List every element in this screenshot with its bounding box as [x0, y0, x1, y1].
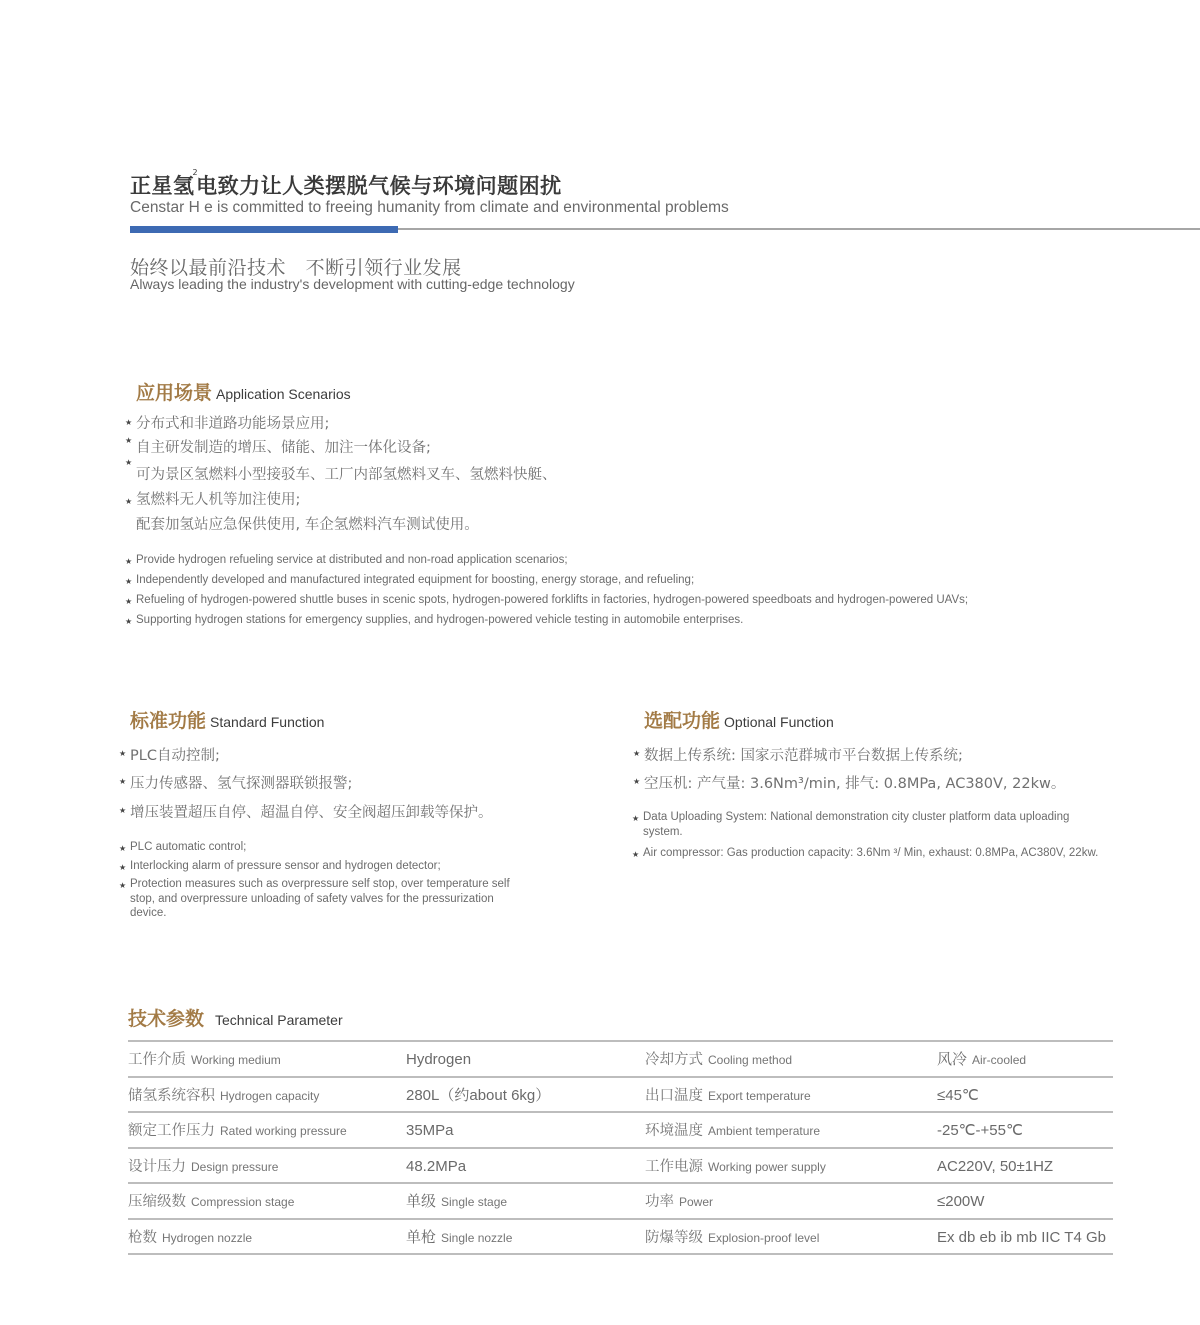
item-text: 可为景区氢燃料小型接驳车、工厂内部氢燃料叉车、氢燃料快艇、 — [136, 467, 557, 483]
list-item: ★Protection measures such as overpressur… — [119, 877, 519, 921]
param-l-en: Design pressure — [191, 1160, 278, 1174]
param-value-right: Ex db eb ib mb IIC T4 Gb — [937, 1219, 1113, 1255]
item-text: Supporting hydrogen stations for emergen… — [136, 614, 743, 626]
list-item: ★PLC自动控制; — [119, 744, 493, 772]
item-text: Air compressor: Gas production capacity:… — [643, 847, 1098, 859]
table-row: 压缩级数Compression stage 单级Single stage 功率P… — [128, 1183, 1113, 1219]
star-bullet-icon: ★ — [633, 749, 640, 758]
param-r-en: Export temperature — [708, 1089, 811, 1103]
star-bullet-icon: ★ — [125, 436, 132, 445]
param-r-en: Explosion-proof level — [708, 1231, 819, 1245]
table-row: 设计压力Design pressure 48.2MPa 工作电源Working … — [128, 1148, 1113, 1184]
item-text: 压力传感器、氢气探测器联锁报警; — [130, 776, 352, 792]
list-item: ★Provide hydrogen refueling service at d… — [125, 553, 968, 573]
param-label-left: 额定工作压力Rated working pressure — [128, 1112, 406, 1148]
heading-en: Optional Function — [724, 714, 834, 730]
param-r-val: 风冷 — [937, 1051, 967, 1068]
param-r-en: Cooling method — [708, 1053, 792, 1067]
list-item: ★自主研发制造的增压、储能、加注一体化设备; — [125, 436, 557, 463]
star-bullet-icon: ★ — [125, 418, 132, 427]
param-value-right: 风冷Air-cooled — [937, 1041, 1113, 1077]
star-bullet-icon: ★ — [119, 879, 126, 894]
param-label-right: 功率Power — [645, 1183, 937, 1219]
item-text: 氢燃料无人机等加注使用; — [136, 492, 300, 508]
item-text: Data Uploading System: National demonstr… — [643, 811, 1069, 838]
star-bullet-icon: ★ — [119, 861, 126, 876]
list-item: ★可为景区氢燃料小型接驳车、工厂内部氢燃料叉车、氢燃料快艇、 — [125, 463, 557, 488]
param-label-right: 冷却方式Cooling method — [645, 1041, 937, 1077]
item-text: PLC自动控制; — [130, 748, 220, 764]
optional-cn-list: ★数据上传系统: 国家示范群城市平台数据上传系统; ★空压机: 产气量: 3.6… — [633, 744, 1065, 800]
item-text: 增压装置超压自停、超温自停、安全阀超压卸载等保护。 — [130, 805, 493, 821]
optional-en-list: ★Data Uploading System: National demonst… — [632, 810, 1112, 861]
list-item: ★压力传感器、氢气探测器联锁报警; — [119, 772, 493, 801]
item-text: Interlocking alarm of pressure sensor an… — [130, 860, 441, 872]
param-l-cn: 额定工作压力 — [128, 1123, 215, 1139]
list-item: ★增压装置超压自停、超温自停、安全阀超压卸载等保护。 — [119, 801, 493, 829]
param-r-cn: 工作电源 — [645, 1159, 703, 1175]
param-value-right: ≤200W — [937, 1183, 1113, 1219]
item-text: Protection measures such as overpressure… — [130, 878, 510, 919]
list-item: ★Refueling of hydrogen-powered shuttle b… — [125, 593, 968, 613]
star-bullet-icon: ★ — [119, 806, 126, 815]
title-part: 正星氢 — [130, 174, 195, 198]
param-l-val: 35MPa — [406, 1122, 454, 1139]
star-bullet-icon: ★ — [125, 575, 132, 590]
param-value-left: 单枪Single nozzle — [406, 1219, 645, 1255]
item-text: PLC automatic control; — [130, 841, 246, 853]
list-item: ★Data Uploading System: National demonst… — [632, 810, 1112, 839]
star-bullet-icon: ★ — [632, 812, 639, 827]
param-r-cn: 出口温度 — [645, 1088, 703, 1104]
param-label-right: 环境温度Ambient temperature — [645, 1112, 937, 1148]
param-r-cn: 冷却方式 — [645, 1052, 703, 1068]
param-label-right: 出口温度Export temperature — [645, 1077, 937, 1113]
star-bullet-icon: ★ — [125, 615, 132, 630]
param-l-val: 单枪 — [406, 1229, 436, 1246]
application-heading: 应用场景Application Scenarios — [136, 378, 351, 405]
item-text: 空压机: 产气量: 3.6Nm³/min, 排气: 0.8MPa, AC380V… — [644, 776, 1065, 792]
param-l-val: Hydrogen — [406, 1051, 471, 1068]
param-r-val: ≤200W — [937, 1193, 984, 1210]
standard-heading: 标准功能Standard Function — [130, 706, 324, 733]
param-value-left: 单级Single stage — [406, 1183, 645, 1219]
param-l-val: 48.2MPa — [406, 1158, 466, 1175]
item-text: Refueling of hydrogen-powered shuttle bu… — [136, 594, 968, 606]
item-text: 自主研发制造的增压、储能、加注一体化设备; — [136, 440, 431, 456]
heading-cn: 标准功能 — [130, 710, 206, 732]
param-l-val-en: Single nozzle — [441, 1231, 512, 1245]
param-r-val: ≤45℃ — [937, 1087, 979, 1104]
list-item: ★Air compressor: Gas production capacity… — [632, 846, 1112, 861]
param-r-val: -25℃-+55℃ — [937, 1122, 1023, 1139]
star-bullet-icon: ★ — [125, 458, 132, 467]
star-bullet-icon: ★ — [119, 777, 126, 786]
list-item: 配套加氢站应急保供使用, 车企氢燃料汽车测试使用。 — [125, 513, 557, 537]
param-l-en: Compression stage — [191, 1195, 294, 1209]
technical-parameter-table: 工作介质Working medium Hydrogen 冷却方式Cooling … — [128, 1040, 1113, 1255]
heading-cn: 应用场景 — [136, 382, 212, 404]
table-row: 储氢系统容积Hydrogen capacity 280L（约about 6kg）… — [128, 1077, 1113, 1113]
star-bullet-icon: ★ — [119, 842, 126, 857]
param-r-cn: 功率 — [645, 1194, 674, 1210]
star-bullet-icon: ★ — [125, 497, 132, 506]
param-value-right: ≤45℃ — [937, 1077, 1113, 1113]
param-r-val: AC220V, 50±1HZ — [937, 1158, 1053, 1175]
list-item: ★Interlocking alarm of pressure sensor a… — [119, 859, 519, 874]
param-label-left: 枪数Hydrogen nozzle — [128, 1219, 406, 1255]
standard-en-list: ★PLC automatic control; ★Interlocking al… — [119, 840, 519, 921]
param-label-left: 压缩级数Compression stage — [128, 1183, 406, 1219]
heading-en: Application Scenarios — [216, 386, 351, 402]
list-item: ★Independently developed and manufacture… — [125, 573, 968, 593]
divider-line — [398, 228, 1200, 230]
param-value-left: Hydrogen — [406, 1041, 645, 1077]
list-item: ★数据上传系统: 国家示范群城市平台数据上传系统; — [633, 744, 1065, 772]
param-l-en: Hydrogen capacity — [220, 1089, 319, 1103]
list-item: ★分布式和非道路功能场景应用; — [125, 412, 557, 436]
param-label-right: 工作电源Working power supply — [645, 1148, 937, 1184]
param-l-en: Hydrogen nozzle — [162, 1231, 252, 1245]
heading-en: Standard Function — [210, 714, 324, 730]
param-label-left: 设计压力Design pressure — [128, 1148, 406, 1184]
param-l-val: 单级 — [406, 1193, 436, 1210]
param-label-right: 防爆等级Explosion-proof level — [645, 1219, 937, 1255]
application-en-list: ★Provide hydrogen refueling service at d… — [125, 553, 968, 633]
item-text: 分布式和非道路功能场景应用; — [136, 416, 329, 432]
technical-heading: 技术参数Technical Parameter — [128, 1004, 343, 1031]
param-l-en: Working medium — [191, 1053, 281, 1067]
param-l-cn: 压缩级数 — [128, 1194, 186, 1210]
application-cn-list: ★分布式和非道路功能场景应用; ★自主研发制造的增压、储能、加注一体化设备; ★… — [125, 412, 557, 537]
item-text: 配套加氢站应急保供使用, 车企氢燃料汽车测试使用。 — [136, 517, 479, 533]
param-value-left: 280L（约about 6kg） — [406, 1077, 645, 1113]
param-r-val: Ex db eb ib mb IIC T4 Gb — [937, 1229, 1106, 1246]
param-r-val-en: Air-cooled — [972, 1053, 1026, 1067]
star-bullet-icon: ★ — [125, 555, 132, 570]
standard-cn-list: ★PLC自动控制; ★压力传感器、氢气探测器联锁报警; ★增压装置超压自停、超温… — [119, 744, 493, 829]
param-l-cn: 储氢系统容积 — [128, 1088, 215, 1104]
param-value-left: 48.2MPa — [406, 1148, 645, 1184]
title-part: 电致力让人类摆脱气候与环境问题困扰 — [196, 174, 562, 198]
item-text: Independently developed and manufactured… — [136, 574, 694, 586]
heading-cn: 选配功能 — [644, 710, 720, 732]
param-r-en: Power — [679, 1195, 713, 1209]
param-r-en: Ambient temperature — [708, 1124, 820, 1138]
param-l-val-en: Single stage — [441, 1195, 507, 1209]
param-value-right: AC220V, 50±1HZ — [937, 1148, 1113, 1184]
param-l-val: 280L（约about 6kg） — [406, 1087, 550, 1104]
table-row: 枪数Hydrogen nozzle 单枪Single nozzle 防爆等级Ex… — [128, 1219, 1113, 1255]
param-label-left: 工作介质Working medium — [128, 1041, 406, 1077]
heading-en: Technical Parameter — [215, 1012, 343, 1028]
param-value-left: 35MPa — [406, 1112, 645, 1148]
param-r-cn: 环境温度 — [645, 1123, 703, 1139]
table-row: 工作介质Working medium Hydrogen 冷却方式Cooling … — [128, 1041, 1113, 1077]
param-value-right: -25℃-+55℃ — [937, 1112, 1113, 1148]
slogan-en: Always leading the industry's developmen… — [130, 276, 575, 292]
param-label-left: 储氢系统容积Hydrogen capacity — [128, 1077, 406, 1113]
superscript: 2 — [193, 168, 199, 177]
star-bullet-icon: ★ — [119, 749, 126, 758]
optional-heading: 选配功能Optional Function — [644, 706, 834, 733]
star-bullet-icon: ★ — [633, 777, 640, 786]
star-bullet-icon: ★ — [632, 848, 639, 863]
param-l-cn: 枪数 — [128, 1230, 157, 1246]
table-row: 额定工作压力Rated working pressure 35MPa 环境温度A… — [128, 1112, 1113, 1148]
item-text: 数据上传系统: 国家示范群城市平台数据上传系统; — [644, 748, 963, 764]
param-l-cn: 工作介质 — [128, 1052, 186, 1068]
param-r-en: Working power supply — [708, 1160, 826, 1174]
param-r-cn: 防爆等级 — [645, 1230, 703, 1246]
list-item: ★氢燃料无人机等加注使用; — [125, 488, 557, 513]
param-l-cn: 设计压力 — [128, 1159, 186, 1175]
heading-cn: 技术参数 — [128, 1008, 204, 1030]
star-bullet-icon: ★ — [125, 595, 132, 610]
page-title: 正星氢2电致力让人类摆脱气候与环境问题困扰 — [130, 170, 562, 200]
page-subtitle: Censtar H e is committed to freeing huma… — [130, 199, 729, 217]
list-item: ★空压机: 产气量: 3.6Nm³/min, 排气: 0.8MPa, AC380… — [633, 772, 1065, 800]
param-l-en: Rated working pressure — [220, 1124, 347, 1138]
item-text: Provide hydrogen refueling service at di… — [136, 554, 568, 566]
accent-bar — [130, 226, 398, 233]
list-item: ★PLC automatic control; — [119, 840, 519, 855]
list-item: ★Supporting hydrogen stations for emerge… — [125, 613, 968, 633]
